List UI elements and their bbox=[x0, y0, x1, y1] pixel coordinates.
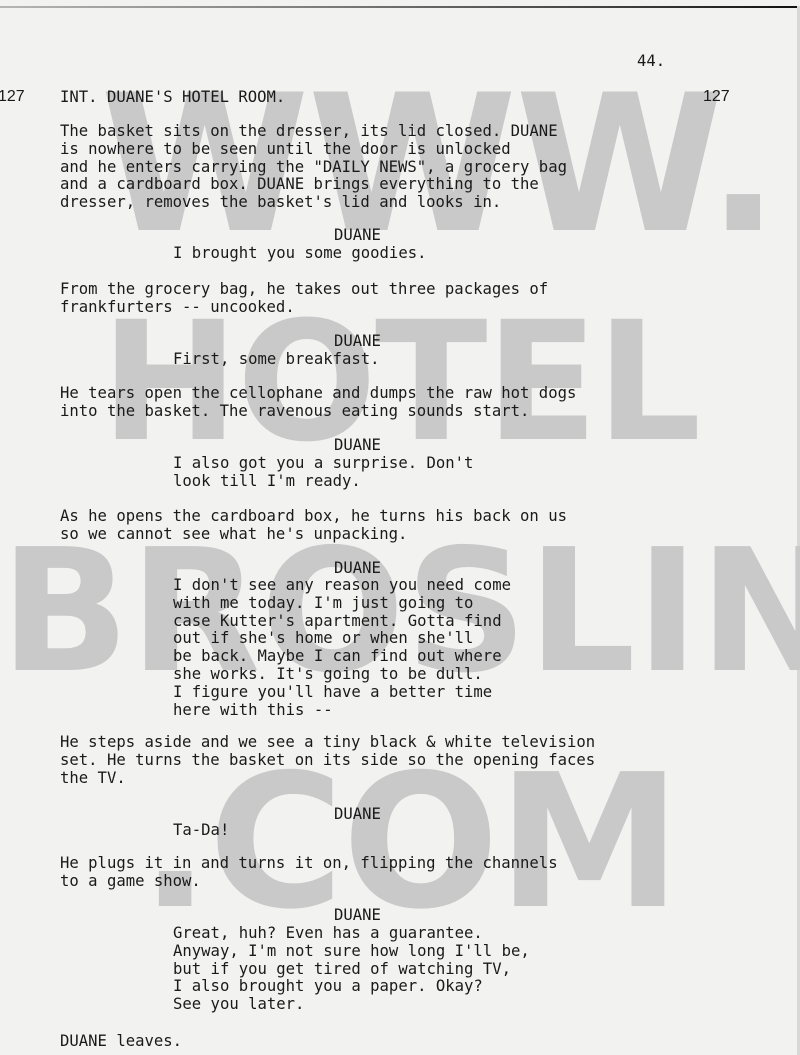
character-name: DUANE bbox=[334, 437, 381, 455]
action-block: He tears open the cellophane and dumps t… bbox=[60, 385, 576, 421]
scene-number-left: 127 bbox=[0, 88, 25, 106]
dialogue-block: I don't see any reason you need come wit… bbox=[173, 577, 511, 719]
action-block: He steps aside and we see a tiny black &… bbox=[60, 734, 595, 787]
dialogue-block: I brought you some goodies. bbox=[173, 245, 426, 263]
action-block: From the grocery bag, he takes out three… bbox=[60, 281, 548, 317]
scene-heading: INT. DUANE'S HOTEL ROOM. bbox=[60, 88, 285, 106]
character-name: DUANE bbox=[334, 907, 381, 925]
action-block: DUANE leaves. bbox=[60, 1033, 182, 1051]
action-block: He plugs it in and turns it on, flipping… bbox=[60, 855, 558, 891]
dialogue-block: First, some breakfast. bbox=[173, 351, 380, 369]
action-block: The basket sits on the dresser, its lid … bbox=[60, 123, 567, 212]
character-name: DUANE bbox=[334, 227, 381, 245]
action-block: As he opens the cardboard box, he turns … bbox=[60, 508, 567, 544]
character-name: DUANE bbox=[334, 806, 381, 824]
dialogue-block: Great, huh? Even has a guarantee. Anyway… bbox=[173, 925, 530, 1014]
dialogue-block: I also got you a surprise. Don't look ti… bbox=[173, 455, 473, 491]
script-page: WWW. HOTEL BROSLIN .COM 44. 127 INT. DUA… bbox=[0, 0, 800, 1055]
script-body: 44. 127 INT. DUANE'S HOTEL ROOM. 127 The… bbox=[0, 0, 800, 1055]
scene-number-right: 127 bbox=[703, 88, 730, 106]
dialogue-block: Ta-Da! bbox=[173, 822, 229, 840]
page-number: 44. bbox=[637, 52, 665, 70]
character-name: DUANE bbox=[334, 333, 381, 351]
